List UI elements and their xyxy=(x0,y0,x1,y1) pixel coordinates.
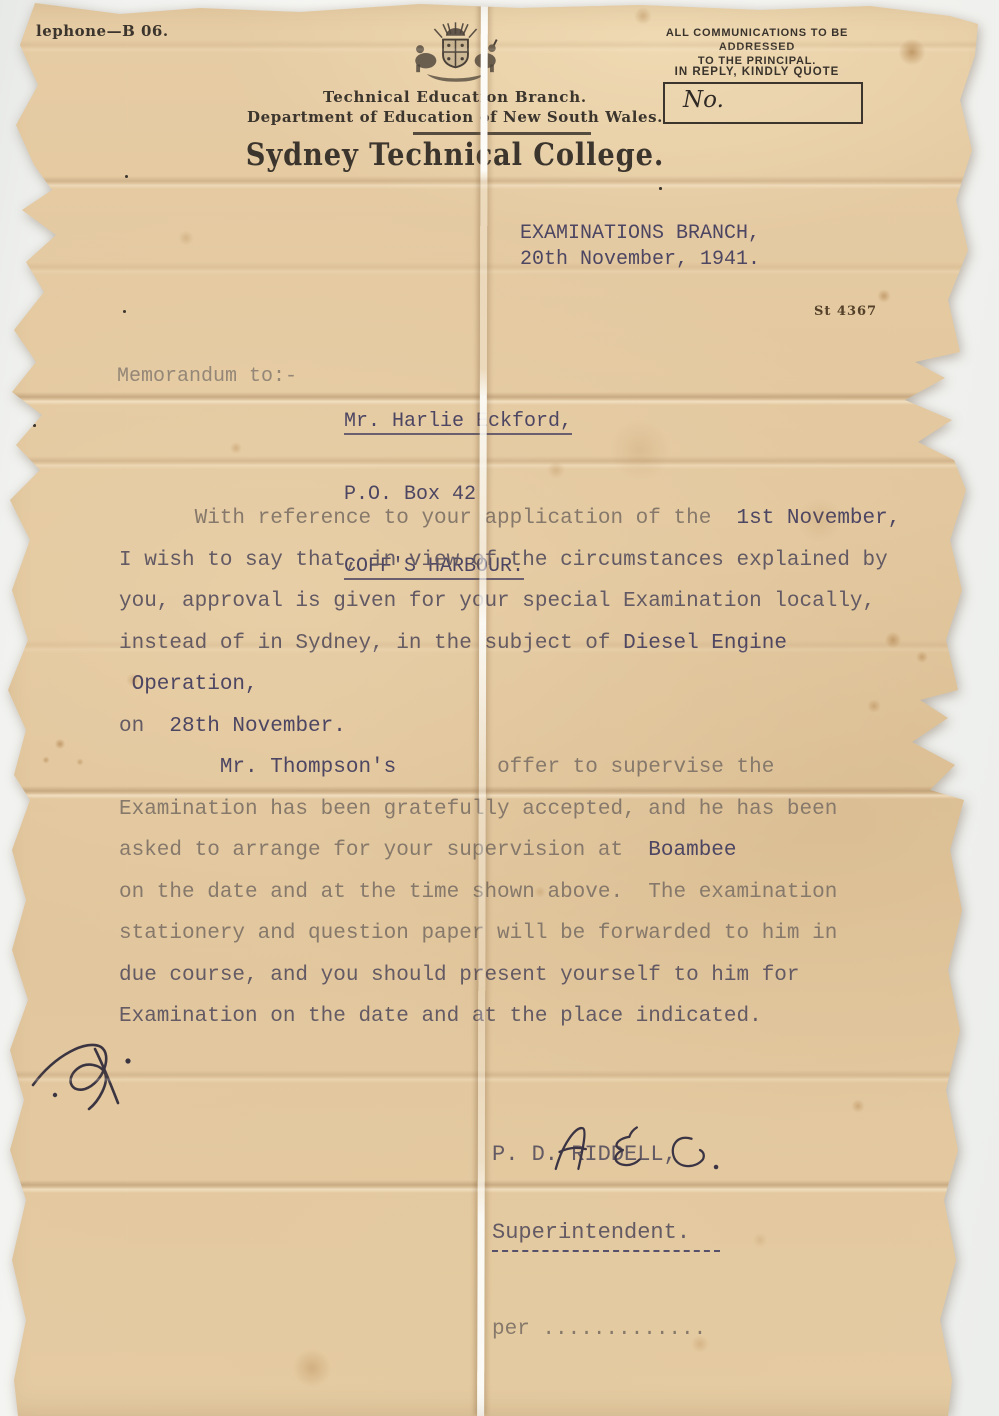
recipient-name: Mr. Harlie Eckford, xyxy=(344,410,572,435)
handwritten-initials-signature xyxy=(535,1118,750,1184)
form-number: St 4367 xyxy=(814,304,877,319)
body-line: I wish to say that, in view of the circu… xyxy=(119,540,939,582)
paper-speck xyxy=(33,424,36,427)
letter-date: 20th November, 1941. xyxy=(520,248,760,271)
letter-paper: lephone—B 06. xyxy=(0,0,999,1416)
paper-stain xyxy=(600,410,680,490)
letterhead-divider-rule xyxy=(413,132,591,135)
body-line: Examination on the date and at the place… xyxy=(119,996,939,1038)
paper-stain xyxy=(75,757,85,767)
paper-crease xyxy=(0,262,999,275)
college-title: Sydney Technical College. xyxy=(165,137,746,173)
telephone-number: lephone—B 06. xyxy=(36,22,169,40)
paper-stain xyxy=(228,440,244,456)
body-line: stationery and question paper will be fo… xyxy=(119,913,939,955)
communications-notice: ALL COMMUNICATIONS TO BE ADDRESSED TO TH… xyxy=(628,26,886,68)
paper-stain xyxy=(631,4,655,28)
letter-body: With reference to your application of th… xyxy=(119,498,939,1038)
body-line: Examination has been gratefully accepted… xyxy=(119,789,939,831)
body-line: on 28th November. xyxy=(119,706,939,748)
body-line: asked to arrange for your supervision at… xyxy=(119,830,939,872)
reference-number-box: No. xyxy=(663,82,863,124)
per-line: per ............. xyxy=(492,1317,720,1343)
paper-stain xyxy=(894,34,930,70)
signatory-title-line: Superintendent. xyxy=(492,1220,720,1252)
examinations-branch-line: EXAMINATIONS BRANCH, xyxy=(520,222,760,245)
paper-speck xyxy=(659,187,662,190)
memorandum-label: Memorandum to:- xyxy=(117,365,297,388)
body-line: instead of in Sydney, in the subject of … xyxy=(119,623,939,665)
body-line: Mr. Thompson's offer to supervise the xyxy=(119,747,939,789)
paper-stain xyxy=(41,755,51,765)
paper-stain xyxy=(849,1097,867,1115)
body-line: due course, and you should present yours… xyxy=(119,955,939,997)
body-line: Operation, xyxy=(119,664,939,706)
reference-number-label: No. xyxy=(683,87,724,113)
paper-stain xyxy=(286,1342,338,1394)
paper-stain xyxy=(53,737,67,751)
paper-stain xyxy=(176,228,196,248)
paper-stain xyxy=(875,287,893,305)
handwritten-margin-mark xyxy=(25,1025,175,1117)
paper-speck xyxy=(123,310,126,313)
body-line: you, approval is given for your special … xyxy=(119,581,939,623)
body-line: on the date and at the time shown above.… xyxy=(119,872,939,914)
paper-speck xyxy=(125,175,128,178)
paper-crease xyxy=(0,176,999,189)
nsw-coat-of-arms-icon xyxy=(398,18,513,88)
paper-stain xyxy=(750,1230,770,1250)
paper-sheet: lephone—B 06. xyxy=(0,0,999,1416)
communications-notice-line1: ALL COMMUNICATIONS TO BE ADDRESSED xyxy=(628,26,886,54)
scanned-letter-page: { "document_type": "Scanned typewritten … xyxy=(0,0,999,1416)
body-line: With reference to your application of th… xyxy=(119,498,939,540)
reply-quote-label: IN REPLY, KINDLY QUOTE xyxy=(628,66,886,78)
